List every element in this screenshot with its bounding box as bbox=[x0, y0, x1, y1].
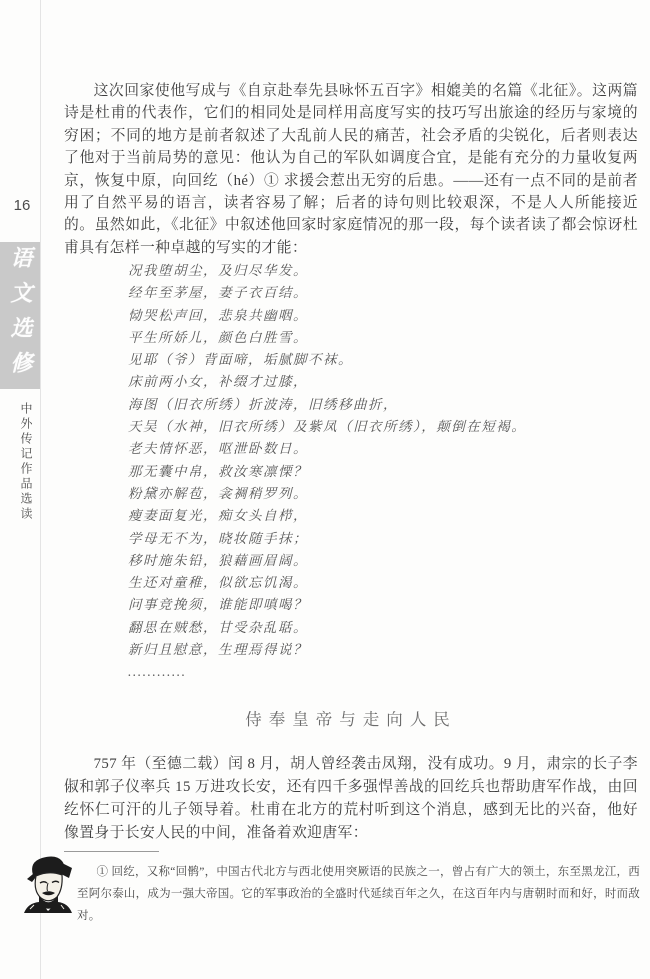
poem-line: 恸哭松声回，悲泉共幽咽。 bbox=[128, 305, 526, 327]
poem-line: 新归且慰意，生理焉得说？ bbox=[128, 639, 526, 661]
series-calligraphy-text: 语文选修 bbox=[1, 246, 39, 386]
paragraph-757-events: 757 年（至德二载）闰 8 月，胡人曾经袭击凤翔，没有成功。9 月，肃宗的长子… bbox=[64, 753, 638, 845]
poem-line: 经年至茅屋，妻子衣百结。 bbox=[128, 282, 526, 304]
poem-line: 粉黛亦解苞，衾裯稍罗列。 bbox=[128, 483, 526, 505]
poem-line: 况我堕胡尘，及归尽华发。 bbox=[128, 260, 526, 282]
poem-line: 老夫情怀恶，呕泄卧数日。 bbox=[128, 438, 526, 460]
paragraph-north-expedition: 这次回家使他写成与《自京赴奉先县咏怀五百字》相媲美的名篇《北征》。这两篇诗是杜甫… bbox=[64, 80, 638, 259]
poem-line: 翻思在贼愁，甘受杂乱聒。 bbox=[128, 617, 526, 639]
footnote-text: ① 回纥，又称“回鹘”，中国古代北方与西北使用突厥语的民族之一，曾占有广大的领土… bbox=[77, 861, 640, 927]
left-margin-rule bbox=[40, 0, 41, 979]
book-page: 16 语文选修 中外传记作品选读 这次回家使他写成与《自京赴奉先县咏怀五百字》相… bbox=[0, 0, 650, 979]
poem-quote-block: 况我堕胡尘，及归尽华发。经年至茅屋，妻子衣百结。恸哭松声回，悲泉共幽咽。平生所娇… bbox=[128, 260, 526, 684]
poem-line: 海图（旧衣所绣）折波涛，旧绣移曲折， bbox=[128, 394, 526, 416]
poem-line: 平生所娇儿，颜色白胜雪。 bbox=[128, 327, 526, 349]
poem-line: 学母无不为，晓妆随手抹； bbox=[128, 528, 526, 550]
poem-line: 床前两小女，补缀才过膝， bbox=[128, 371, 526, 393]
footnote-separator-rule bbox=[64, 851, 159, 852]
poem-line: ............ bbox=[128, 661, 526, 683]
poem-line: 瘦妻面复光，痴女头自栉， bbox=[128, 505, 526, 527]
poem-line: 移时施朱铅，狼藉画眉阔。 bbox=[128, 550, 526, 572]
du-fu-portrait-icon bbox=[20, 853, 76, 913]
section-heading: 侍奉皇帝与走向人民 bbox=[64, 706, 638, 730]
series-title-box: 语文选修 bbox=[0, 242, 40, 389]
poem-line: 生还对童稚，似欲忘饥渴。 bbox=[128, 572, 526, 594]
poem-line: 问事竞挽须，谁能即嗔喝？ bbox=[128, 594, 526, 616]
book-title-vertical: 中外传记作品选读 bbox=[19, 402, 33, 522]
page-number: 16 bbox=[6, 197, 38, 214]
poem-line: 天吴（水神，旧衣所绣）及紫凤（旧衣所绣），颠倒在短褐。 bbox=[128, 416, 526, 438]
poem-line: 那无囊中帛，救汝寒凛慄？ bbox=[128, 461, 526, 483]
poem-line: 见耶（爷）背面啼，垢腻脚不袜。 bbox=[128, 349, 526, 371]
